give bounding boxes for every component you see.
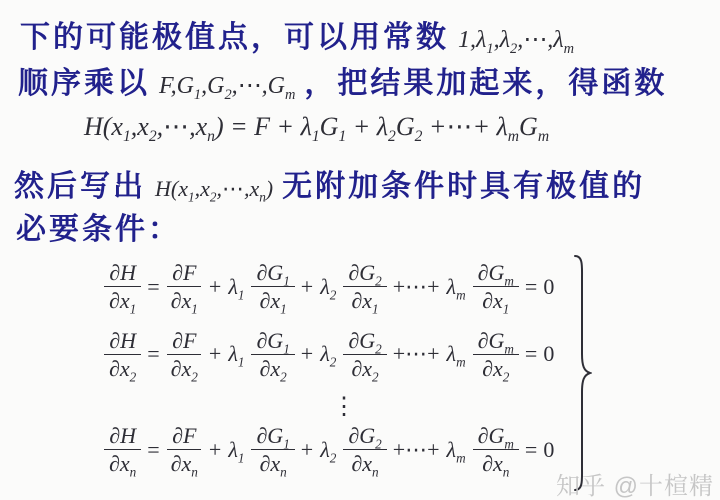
math-operator: + — [301, 437, 313, 463]
math-operator: 0 — [543, 341, 554, 367]
lambda-coefficient: λ2 — [320, 274, 336, 300]
lambda-coefficient: λm — [447, 437, 466, 463]
math-operator: +⋯+ — [393, 341, 440, 367]
fraction-term: ∂G1∂x2 — [251, 328, 294, 382]
lambda-coefficient: λ1 — [228, 341, 244, 367]
math-operator: = — [525, 437, 537, 463]
fraction-term: ∂F∂x1 — [166, 260, 203, 314]
lambda-coefficient: λ2 — [320, 341, 336, 367]
line1-chinese-text: 下的可能极值点，可以用常数 — [20, 12, 449, 56]
math-operator: + — [301, 341, 313, 367]
lambda-coefficient: λ1 — [228, 274, 244, 300]
vertical-ellipsis: ⋮ — [104, 395, 554, 421]
zhihu-watermark: 知乎 @十楦精 — [556, 466, 714, 500]
line4-chinese-text-b: 无附加条件时具有极值的 — [282, 161, 645, 205]
right-brace-icon — [572, 254, 592, 492]
math-operator: = — [147, 274, 159, 300]
function-h-formula: H(x1,x2,⋯,xn) = F + λ1G1 + λ2G2 +⋯+ λmGm — [84, 112, 549, 142]
paragraph-line-1: 下的可能极值点，可以用常数 1,λ1,λ2,⋯,λm — [20, 12, 574, 56]
fraction-term: ∂G1∂xn — [251, 423, 294, 477]
line1-inline-math: 1,λ1,λ2,⋯,λm — [458, 25, 574, 54]
paragraph-line-5: 必要条件： — [16, 204, 181, 248]
line5-chinese-text: 必要条件： — [16, 204, 181, 248]
math-operator: 0 — [543, 274, 554, 300]
lambda-coefficient: λ1 — [228, 437, 244, 463]
math-operator: + — [209, 274, 221, 300]
fraction-term: ∂Gm∂x2 — [473, 328, 519, 382]
fraction-term: ∂F∂xn — [166, 423, 203, 477]
equation-row-3: ∂H∂xn=∂F∂xn+λ1∂G1∂xn+λ2∂G2∂xn+⋯+λm∂Gm∂xn… — [104, 423, 554, 477]
equation-row-2: ∂H∂x2=∂F∂x2+λ1∂G1∂x2+λ2∂G2∂x2+⋯+λm∂Gm∂x2… — [104, 328, 554, 382]
lambda-coefficient: λm — [447, 274, 466, 300]
fraction-term: ∂Gm∂x1 — [473, 260, 519, 314]
paragraph-line-4: 然后写出 H(x1,x2,⋯,xn) 无附加条件时具有极值的 — [14, 161, 645, 205]
fraction-term: ∂H∂x1 — [104, 260, 141, 314]
math-operator: = — [525, 274, 537, 300]
math-operator: = — [525, 341, 537, 367]
fraction-term: ∂G2∂x2 — [343, 328, 386, 382]
lambda-coefficient: λm — [447, 341, 466, 367]
equation-rows: ∂H∂x1=∂F∂x1+λ1∂G1∂x1+λ2∂G2∂x1+⋯+λm∂Gm∂x1… — [104, 252, 554, 491]
fraction-term: ∂G2∂x1 — [343, 260, 386, 314]
line4-chinese-text-a: 然后写出 — [14, 161, 146, 205]
line2-chinese-text-b: ，把结果加起来，得函数 — [304, 58, 667, 102]
fraction-term: ∂F∂x2 — [166, 328, 203, 382]
math-operator: + — [209, 341, 221, 367]
fraction-term: ∂G2∂xn — [343, 423, 386, 477]
paragraph-line-2: 顺序乘以 F,G1,G2,⋯,Gm ，把结果加起来，得函数 — [18, 58, 667, 102]
math-operator: = — [147, 437, 159, 463]
fraction-term: ∂H∂xn — [104, 423, 141, 477]
math-operator: 0 — [543, 437, 554, 463]
math-operator: +⋯+ — [393, 437, 440, 463]
math-operator: = — [147, 341, 159, 367]
math-operator: + — [209, 437, 221, 463]
fraction-term: ∂H∂x2 — [104, 328, 141, 382]
line2-chinese-text-a: 顺序乘以 — [18, 58, 150, 102]
lambda-coefficient: λ2 — [320, 437, 336, 463]
slide-page: 下的可能极值点，可以用常数 1,λ1,λ2,⋯,λm 顺序乘以 F,G1,G2,… — [0, 0, 720, 500]
line4-inline-math: H(x1,x2,⋯,xn) — [155, 176, 273, 202]
math-operator: + — [301, 274, 313, 300]
math-operator: +⋯+ — [393, 274, 440, 300]
fraction-term: ∂Gm∂xn — [473, 423, 519, 477]
fraction-term: ∂G1∂x1 — [251, 260, 294, 314]
line2-inline-math: F,G1,G2,⋯,Gm — [159, 71, 295, 100]
equation-row-1: ∂H∂x1=∂F∂x1+λ1∂G1∂x1+λ2∂G2∂x1+⋯+λm∂Gm∂x1… — [104, 260, 554, 314]
